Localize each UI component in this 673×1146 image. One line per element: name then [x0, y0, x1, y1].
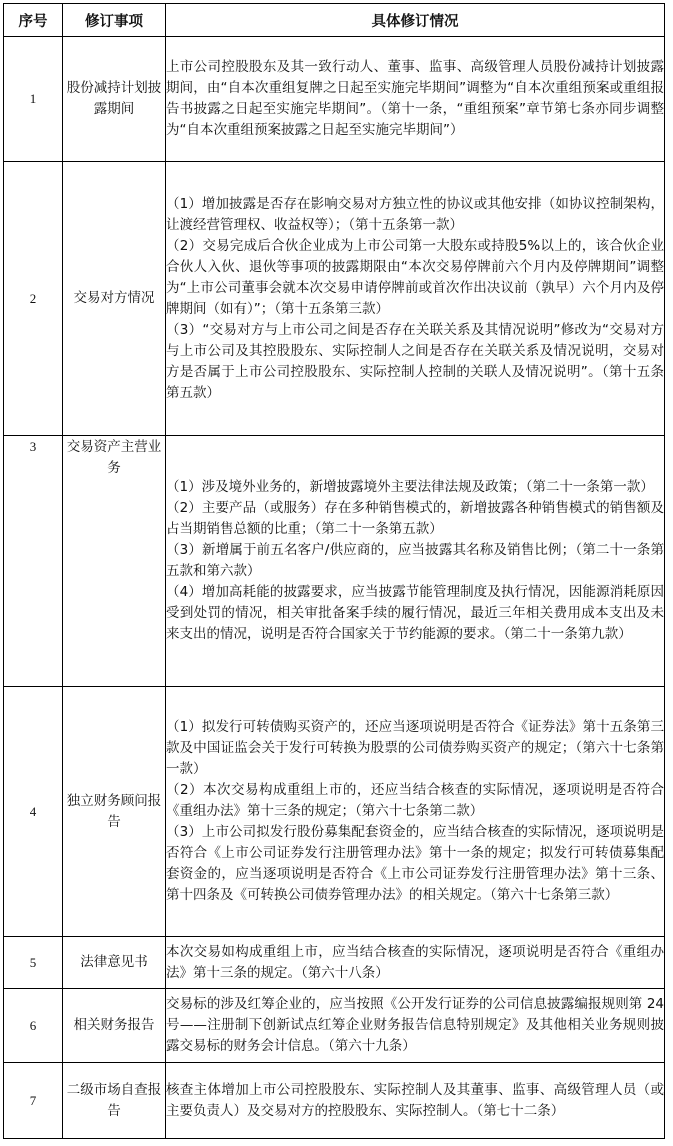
detail-paragraph: （3）“交易对方与上市公司之间是否存在关联关系及其情况说明”修改为“交易对方与上…	[166, 320, 664, 404]
detail-paragraph: （2）交易完成后合伙企业成为上市公司第一大股东或持股5%以上的，该合伙企业合伙人…	[166, 236, 664, 320]
revision-detail: 本次交易如构成重组上市，应当结合核查的实际情况，逐项说明是否符合《重组办法》第十…	[166, 937, 665, 989]
table-row: 6 相关财务报告 交易标的涉及红筹企业的，应当按照《公开发行证券的公司信息披露编…	[4, 989, 665, 1063]
detail-paragraph: （4）增加高耗能的披露要求，应当披露节能管理制度及执行情况，因能源消耗原因受到处…	[166, 582, 664, 645]
revision-item: 二级市场自查报告	[63, 1063, 166, 1139]
row-number: 7	[4, 1063, 63, 1139]
revision-item: 独立财务顾问报告	[63, 687, 166, 937]
revision-item: 股份减持计划披露期间	[63, 37, 166, 162]
header-no: 序号	[4, 4, 63, 37]
row-number: 2	[4, 162, 63, 436]
detail-paragraph: 上市公司控股股东及其一致行动人、董事、监事、高级管理人员股份减持计划披露期间，由…	[166, 57, 664, 141]
detail-paragraph: （1）涉及境外业务的，新增披露境外主要法律法规及政策；（第二十一条第一款）	[166, 477, 664, 498]
revision-detail: （1）涉及境外业务的，新增披露境外主要法律法规及政策；（第二十一条第一款） （2…	[166, 436, 665, 687]
detail-paragraph: 本次交易如构成重组上市，应当结合核查的实际情况，逐项说明是否符合《重组办法》第十…	[166, 942, 664, 984]
header-detail: 具体修订情况	[166, 4, 665, 37]
revision-table: 序号 修订事项 具体修订情况 1 股份减持计划披露期间 上市公司控股股东及其一致…	[3, 3, 665, 1139]
revision-item: 法律意见书	[63, 937, 166, 989]
revision-detail: 核查主体增加上市公司控股股东、实际控制人及其董事、监事、高级管理人员（或主要负责…	[166, 1063, 665, 1139]
table-row: 5 法律意见书 本次交易如构成重组上市，应当结合核查的实际情况，逐项说明是否符合…	[4, 937, 665, 989]
revision-item: 交易资产主营业务	[63, 436, 166, 687]
detail-paragraph: （1）增加披露是否存在影响交易对方独立性的协议或其他安排（如协议控制架构，让渡经…	[166, 194, 664, 236]
table-row: 2 交易对方情况 （1）增加披露是否存在影响交易对方独立性的协议或其他安排（如协…	[4, 162, 665, 436]
detail-paragraph: （3）新增属于前五名客户/供应商的，应当披露其名称及销售比例；（第二十一条第五款…	[166, 540, 664, 582]
revision-item: 交易对方情况	[63, 162, 166, 436]
table-row: 7 二级市场自查报告 核查主体增加上市公司控股股东、实际控制人及其董事、监事、高…	[4, 1063, 665, 1139]
detail-paragraph: （2）主要产品（或服务）存在多种销售模式的，新增披露各种销售模式的销售额及占当期…	[166, 498, 664, 540]
detail-paragraph: （3）上市公司拟发行股份募集配套资金的，应当结合核查的实际情况，逐项说明是否符合…	[166, 822, 664, 906]
header-item: 修订事项	[63, 4, 166, 37]
table-header-row: 序号 修订事项 具体修订情况	[4, 4, 665, 37]
detail-paragraph: 核查主体增加上市公司控股股东、实际控制人及其董事、监事、高级管理人员（或主要负责…	[166, 1080, 664, 1122]
revision-detail: 上市公司控股股东及其一致行动人、董事、监事、高级管理人员股份减持计划披露期间，由…	[166, 37, 665, 162]
revision-detail: （1）增加披露是否存在影响交易对方独立性的协议或其他安排（如协议控制架构，让渡经…	[166, 162, 665, 436]
revision-detail: 交易标的涉及红筹企业的，应当按照《公开发行证券的公司信息披露编报规则第 24 号…	[166, 989, 665, 1063]
row-number: 6	[4, 989, 63, 1063]
revision-item: 相关财务报告	[63, 989, 166, 1063]
detail-paragraph: （2）本次交易构成重组上市的，还应当结合核查的实际情况，逐项说明是否符合《重组办…	[166, 780, 664, 822]
row-number: 1	[4, 37, 63, 162]
table-row: 4 独立财务顾问报告 （1）拟发行可转债购买资产的，还应当逐项说明是否符合《证券…	[4, 687, 665, 937]
revision-detail: （1）拟发行可转债购买资产的，还应当逐项说明是否符合《证券法》第十五条第三款及中…	[166, 687, 665, 937]
row-number: 4	[4, 687, 63, 937]
detail-paragraph: （1）拟发行可转债购买资产的，还应当逐项说明是否符合《证券法》第十五条第三款及中…	[166, 717, 664, 780]
detail-paragraph: 交易标的涉及红筹企业的，应当按照《公开发行证券的公司信息披露编报规则第 24 号…	[166, 994, 664, 1057]
row-number: 5	[4, 937, 63, 989]
table-row: 1 股份减持计划披露期间 上市公司控股股东及其一致行动人、董事、监事、高级管理人…	[4, 37, 665, 162]
table-row: 3 交易资产主营业务 （1）涉及境外业务的，新增披露境外主要法律法规及政策；（第…	[4, 436, 665, 687]
row-number: 3	[4, 436, 63, 687]
